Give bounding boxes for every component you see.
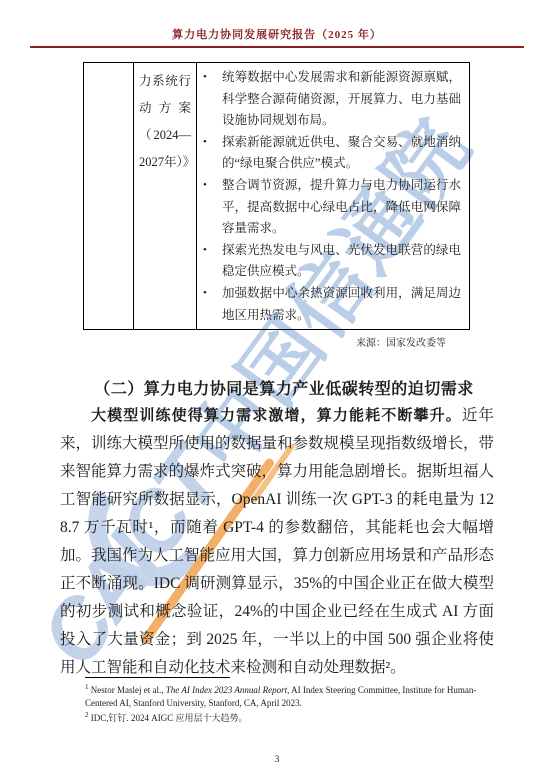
policy-table: 力系统行动方案（2024—2027年）》 • 统筹数据中心发展需求和新能源资源禀… xyxy=(83,62,470,330)
table-cell-measures: • 统筹数据中心发展需求和新能源资源禀赋，科学整合源荷储资源，开展算力、电力基础… xyxy=(197,63,469,329)
bullet-icon: • xyxy=(203,283,222,326)
bullet-text: 探索光热发电与风电、光伏发电联营的绿电稳定供应模式。 xyxy=(222,240,461,283)
table-cell-empty xyxy=(84,63,134,329)
footnote-1-italic-title: The AI Index 2023 Annual Report xyxy=(166,685,287,695)
footnote-1-marker: 1 xyxy=(85,683,89,691)
table-bullet-item: • 探索新能源就近供电、聚合交易、就地消纳的“绿电聚合供应”模式。 xyxy=(203,132,461,175)
footnote-2-text: IDC,钉钉. 2024 AIGC 应用层十大趋势。 xyxy=(91,713,248,723)
bullet-text: 加强数据中心余热资源回收利用，满足周边地区用热需求。 xyxy=(222,283,461,326)
table-cell-policy-name: 力系统行动方案（2024—2027年）》 xyxy=(134,63,197,329)
paragraph-bold-lead: 大模型训练使得算力需求激增，算力能耗不断攀升。 xyxy=(91,407,462,424)
footnote-1: 1 Nestor Maslej et al., The AI Index 202… xyxy=(85,681,497,709)
running-header-title: 算力电力协同发展研究报告（2025 年） xyxy=(0,26,554,42)
bullet-icon: • xyxy=(203,175,222,240)
bullet-icon: • xyxy=(203,240,222,283)
bullet-text: 整合调节资源，提升算力与电力协同运行水平，提高数据中心绿电占比，降低电网保障容量… xyxy=(222,175,461,240)
footnote-area: 1 Nestor Maslej et al., The AI Index 202… xyxy=(85,677,497,725)
bullet-text: 探索新能源就近供电、聚合交易、就地消纳的“绿电聚合供应”模式。 xyxy=(222,132,461,175)
footnote-1-pre: Nestor Maslej et al., xyxy=(91,685,166,695)
section-heading: （二）算力电力协同是算力产业低碳转型的迫切需求 xyxy=(60,376,508,399)
table-bullet-item: • 探索光热发电与风电、光伏发电联营的绿电稳定供应模式。 xyxy=(203,240,461,283)
footnote-2-marker: 2 xyxy=(85,711,89,719)
footnote-divider xyxy=(85,677,230,678)
bullet-text: 统筹数据中心发展需求和新能源资源禀赋，科学整合源荷储资源，开展算力、电力基础设施… xyxy=(222,67,461,132)
table-source-note: 来源：国家发改委等 xyxy=(83,334,470,349)
table-bullet-item: • 统筹数据中心发展需求和新能源资源禀赋，科学整合源荷储资源，开展算力、电力基础… xyxy=(203,67,461,132)
report-page: CAICT 中国信通院 算力电力协同发展研究报告（2025 年） 力系统行动方案… xyxy=(0,0,554,784)
page-number: 3 xyxy=(0,755,554,765)
footnote-2: 2 IDC,钉钉. 2024 AIGC 应用层十大趋势。 xyxy=(85,709,497,725)
header-rule xyxy=(30,46,524,48)
bullet-icon: • xyxy=(203,67,222,132)
bullet-icon: • xyxy=(203,132,222,175)
paragraph-text: 近年来，训练大模型所使用的数据量和参数规模呈现指数级增长，带来智能算力需求的爆炸… xyxy=(60,407,494,676)
body-paragraph: 大模型训练使得算力需求激增，算力能耗不断攀升。近年来，训练大模型所使用的数据量和… xyxy=(60,402,494,682)
table-bullet-item: • 加强数据中心余热资源回收利用，满足周边地区用热需求。 xyxy=(203,283,461,326)
table-bullet-item: • 整合调节资源，提升算力与电力协同运行水平，提高数据中心绿电占比，降低电网保障… xyxy=(203,175,461,240)
